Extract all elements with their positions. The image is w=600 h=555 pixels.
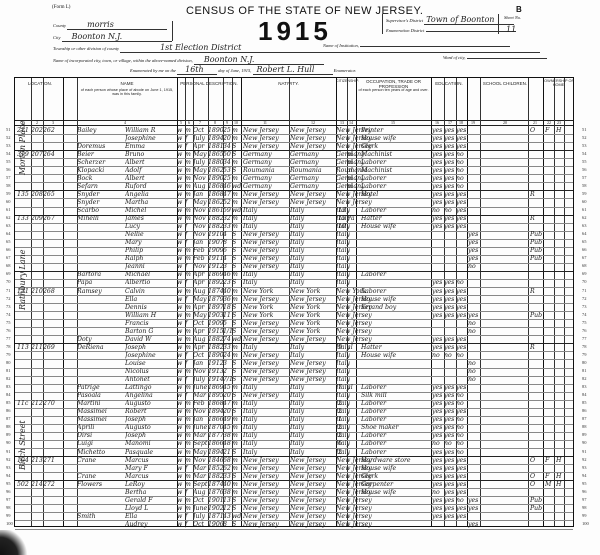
cell-given: Audrey: [125, 520, 177, 529]
cell-surname: Minelli: [77, 214, 125, 223]
column-number: 12: [309, 120, 317, 125]
cell-surname: Bailey: [77, 126, 125, 135]
cell-occupation: Laborer: [361, 270, 431, 279]
line-number: 75: [582, 320, 587, 325]
county-field: County morris: [53, 20, 167, 30]
cell-own1: Pub: [530, 504, 544, 513]
line-number: 67: [6, 255, 11, 260]
column-number: 17: [446, 120, 454, 125]
margin-note-street-3: Birch Street: [18, 420, 27, 470]
cell-dwell: 208: [31, 190, 43, 199]
line-number: 77: [582, 336, 587, 341]
line-number: 56: [6, 167, 11, 172]
column-number: 3: [49, 120, 57, 125]
enumerated-day: 16th: [177, 65, 217, 75]
line-number: 58: [6, 183, 11, 188]
line-number: 86: [582, 408, 587, 413]
line-number: 62: [582, 215, 587, 220]
enumeration-label: Enumeration District: [386, 28, 424, 33]
cell-ed3: yes: [456, 512, 467, 521]
column-divider: [241, 78, 242, 526]
header-school: SCHOOL CHILDREN.: [467, 82, 543, 87]
line-number: 78: [6, 344, 11, 349]
bracket-divider: [172, 21, 173, 41]
sheet-label: Sheet No.: [504, 15, 521, 20]
line-number: 53: [582, 143, 587, 148]
line-number: 100: [6, 521, 13, 526]
column-number: 20: [501, 120, 509, 125]
column-number: 11: [261, 120, 269, 125]
sheet-field: Sheet No.: [504, 15, 521, 20]
enumeration-field: Enumeration District: [386, 28, 516, 33]
column-number: 22: [545, 120, 553, 125]
line-number: 73: [582, 304, 587, 309]
line-number: 80: [6, 360, 11, 365]
cell-own3: H: [556, 456, 568, 465]
line-number: 57: [582, 175, 587, 180]
line-number: 67: [582, 255, 587, 260]
column-number: 14: [347, 120, 355, 125]
margin-note-street-2: Rathbury Lane: [18, 250, 27, 310]
cell-surname: Ramsey: [77, 287, 125, 296]
institution-field: Name of Institution,: [323, 43, 510, 48]
line-number: 94: [6, 473, 11, 478]
line-number: 62: [6, 215, 11, 220]
line-number: 96: [582, 489, 587, 494]
column-divider: [63, 78, 64, 526]
line-number: 54: [6, 151, 11, 156]
enumerated-label: Enumerated by me on the: [130, 68, 176, 73]
line-number: 51: [6, 127, 11, 132]
cell-dwell: 211: [31, 343, 43, 352]
cell-year: 1906: [208, 520, 223, 529]
line-number: 77: [6, 336, 11, 341]
line-number: 99: [582, 513, 587, 518]
cell-sex: f: [185, 520, 193, 529]
cell-surname: Crane: [77, 456, 125, 465]
city-label: City: [53, 35, 61, 40]
cell-house: 133: [17, 214, 31, 223]
cell-house: 11c: [17, 399, 31, 408]
line-number: 76: [582, 328, 587, 333]
line-number: 71: [6, 288, 11, 293]
cell-ed3: yes: [456, 222, 467, 231]
cell-own2: F: [545, 456, 555, 465]
line-number: 72: [6, 296, 11, 301]
incorporated-value: Boonton N.J.: [194, 55, 324, 65]
column-number: 19: [469, 120, 477, 125]
cell-status: S: [232, 520, 241, 529]
line-number: 52: [6, 135, 11, 140]
line-number: 63: [6, 223, 11, 228]
ward-value: [467, 58, 547, 59]
census-page: (Form L) CENSUS OF THE STATE OF NEW JERS…: [0, 0, 600, 555]
line-number: 69: [6, 271, 11, 276]
line-number: 85: [6, 400, 11, 405]
cell-fam: 265: [43, 190, 63, 199]
line-number: 79: [582, 352, 587, 357]
line-number: 97: [582, 497, 587, 502]
cell-surname: Flowers: [77, 480, 125, 489]
column-number: 5: [177, 120, 185, 125]
line-number: 61: [6, 207, 11, 212]
cell-ed1: no: [432, 351, 444, 360]
enumerated-field: Enumerated by me on the 16th day of June…: [130, 65, 356, 75]
institution-value: [360, 46, 510, 47]
line-number: 96: [6, 489, 11, 494]
cell-dwell: 210: [31, 287, 43, 296]
cell-birth: New Jersey: [243, 520, 289, 529]
line-number: 55: [6, 159, 11, 164]
column-number: 7: [196, 120, 204, 125]
county-value: morris: [67, 20, 167, 30]
header-ownership: OWNERSHIP OF HOME.: [543, 79, 575, 87]
line-number: 79: [6, 352, 11, 357]
line-number: 59: [6, 191, 11, 196]
cell-ed2: no: [444, 351, 456, 360]
cell-own2: M: [545, 480, 555, 489]
cell-school: no: [468, 375, 480, 384]
cell-own1: O: [530, 456, 544, 465]
bracket-divider-right: [382, 14, 383, 34]
cell-own1: R: [530, 343, 544, 352]
line-number: 74: [6, 312, 11, 317]
cell-own1: R: [530, 287, 544, 296]
line-number: 93: [6, 465, 11, 470]
enumerator-label: Enumerator.: [334, 68, 356, 73]
cell-house: 502: [17, 480, 31, 489]
line-number: 75: [6, 320, 11, 325]
cell-fam: 268: [43, 287, 63, 296]
cell-own3: H: [556, 480, 568, 489]
cell-ed2: yes: [444, 311, 456, 320]
column-number: 9: [223, 120, 231, 125]
cell-age: 8: [223, 520, 232, 529]
header-name: NAME: [77, 82, 177, 87]
sheet-value: 11: [506, 25, 516, 34]
line-number: 100: [582, 521, 589, 526]
column-number: 2: [33, 120, 41, 125]
incorporated-field: Name of incorporated city, town, or vill…: [53, 55, 324, 65]
city-value: Boonton N.J.: [62, 32, 172, 42]
cell-own1: O: [530, 126, 544, 135]
line-number: 53: [6, 143, 11, 148]
line-number: 64: [6, 231, 11, 236]
incorporated-label: Name of incorporated city, town, or vill…: [53, 58, 193, 63]
cell-dwell: 213: [31, 456, 43, 465]
header-citizenship: CITIZENSHIP.: [336, 80, 356, 84]
line-number: 57: [6, 175, 11, 180]
line-number: 81: [6, 368, 11, 373]
line-number: 89: [582, 432, 587, 437]
line-number: 85: [582, 400, 587, 405]
line-number: 59: [582, 191, 587, 196]
line-number: 72: [582, 296, 587, 301]
line-number: 55: [582, 159, 587, 164]
line-number: 80: [582, 360, 587, 365]
cell-school: yes: [468, 520, 480, 529]
supervisor-value: Town of Boonton: [424, 15, 514, 25]
cell-ed1: yes: [432, 222, 444, 231]
cell-fam: 262: [43, 126, 63, 135]
sheet-letter: B: [516, 5, 522, 14]
column-number: 8: [211, 120, 219, 125]
line-number: 95: [582, 481, 587, 486]
line-number: 52: [582, 135, 587, 140]
cell-month: Oct: [193, 520, 208, 529]
cell-dwell: 207: [31, 150, 43, 159]
line-number: 69: [582, 271, 587, 276]
column-number: 4: [121, 120, 129, 125]
line-number: 66: [6, 247, 11, 252]
cell-fam: 267: [43, 214, 63, 223]
margin-note-street-1: Morton Place: [18, 121, 27, 175]
line-number: 88: [6, 424, 11, 429]
column-number: 6: [185, 120, 193, 125]
line-number: 68: [582, 263, 587, 268]
cell-ed2: yes: [444, 222, 456, 231]
column-number: 18: [457, 120, 465, 125]
line-number: 51: [582, 127, 587, 132]
form-number: (Form L): [52, 5, 70, 10]
cell-race: w: [177, 520, 185, 529]
cell-ed2: yes: [444, 512, 456, 521]
cell-house: 135: [17, 190, 31, 199]
line-number: 83: [582, 384, 587, 389]
line-number: 65: [6, 239, 11, 244]
township-label: Township or other division of county: [53, 46, 119, 51]
cell-school: no: [468, 262, 480, 271]
line-number: 63: [582, 223, 587, 228]
cell-surname: Smith: [77, 512, 125, 521]
institution-label: Name of Institution,: [323, 43, 359, 48]
cell-fam: 271: [43, 456, 63, 465]
line-number: 82: [582, 376, 587, 381]
cell-ed1: yes: [432, 311, 444, 320]
cell-own1: R: [530, 214, 544, 223]
cell-fam: 264: [43, 150, 63, 159]
cell-own1: O: [530, 480, 544, 489]
line-number: 82: [6, 376, 11, 381]
line-number: 87: [6, 416, 11, 421]
census-table: LOCATION. NAME of each person whose plac…: [14, 77, 574, 527]
line-number: 61: [582, 207, 587, 212]
line-number: 56: [582, 167, 587, 172]
line-number: 70: [582, 279, 587, 284]
supervisor-label: Supervisor's District: [386, 18, 423, 23]
column-number: 21: [531, 120, 539, 125]
line-number: 87: [582, 416, 587, 421]
cell-ed1: yes: [432, 512, 444, 521]
cell-mother: New Jersey: [336, 520, 372, 529]
line-number: 88: [582, 424, 587, 429]
column-number: 15: [389, 120, 397, 125]
cell-house: 113: [17, 343, 31, 352]
cell-school: no: [468, 327, 480, 336]
cell-school: yes: [468, 504, 480, 513]
header-name-note: of each person whose place of abode on J…: [77, 88, 177, 96]
line-number: 68: [6, 263, 11, 268]
header-rule: [15, 120, 573, 121]
line-number: 90: [6, 440, 11, 445]
column-divider: [467, 78, 468, 526]
column-number: 23: [555, 120, 563, 125]
cell-own2: F: [545, 126, 555, 135]
bracket-divider-sheet: [498, 14, 499, 34]
cell-father: New Jersey: [290, 520, 336, 529]
cell-own1: Pub: [530, 254, 544, 263]
cell-occupation: House wife: [361, 222, 431, 231]
line-number: 70: [6, 279, 11, 284]
enumeration-value: [426, 31, 516, 32]
line-number: 54: [582, 151, 587, 156]
cell-own1: R: [530, 190, 544, 199]
line-number: 65: [582, 239, 587, 244]
line-number: 91: [582, 449, 587, 454]
cell-own3: H: [556, 126, 568, 135]
line-number: 94: [582, 473, 587, 478]
column-number: 16: [433, 120, 441, 125]
line-number: 84: [6, 392, 11, 397]
line-number: 60: [6, 199, 11, 204]
ink-blot: [0, 530, 30, 555]
column-divider: [528, 78, 529, 526]
line-number: 89: [6, 432, 11, 437]
cell-own1: Pub: [530, 311, 544, 320]
header-education: EDUCATION.: [431, 82, 467, 87]
line-number: 95: [6, 481, 11, 486]
line-number: 78: [582, 344, 587, 349]
enumerated-suffix: day of June, 1915,: [218, 68, 251, 73]
cell-surname: DeRiena: [77, 343, 125, 352]
line-number: 64: [582, 231, 587, 236]
line-number: 86: [6, 408, 11, 413]
line-number: 98: [6, 505, 11, 510]
line-number: 74: [582, 312, 587, 317]
cell-occupation: House wife: [361, 351, 431, 360]
column-number: 10: [232, 120, 240, 125]
line-number: 92: [6, 457, 11, 462]
cell-fam: 269: [43, 343, 63, 352]
line-number: 92: [582, 457, 587, 462]
column-divider: [480, 78, 481, 526]
enumerator-value: Robert L. Hull: [253, 65, 333, 75]
header-occupation-note: of each person ten years of age and over…: [356, 88, 431, 92]
line-number: 91: [6, 449, 11, 454]
line-number: 84: [582, 392, 587, 397]
line-number: 90: [582, 440, 587, 445]
cell-dwell: 202: [31, 126, 43, 135]
cell-dwell: 209: [31, 214, 43, 223]
column-number: 13: [338, 120, 346, 125]
cell-ed3: no: [456, 351, 467, 360]
line-number: 99: [6, 513, 11, 518]
city-field: City Boonton N.J.: [53, 32, 172, 42]
line-number: 76: [6, 328, 11, 333]
line-number: 97: [6, 497, 11, 502]
line-number: 83: [6, 384, 11, 389]
cell-fam: 272: [43, 480, 63, 489]
line-number: 58: [582, 183, 587, 188]
line-number: 81: [582, 368, 587, 373]
cell-dwell: 214: [31, 480, 43, 489]
line-number: 98: [582, 505, 587, 510]
ward-field: Ward of city,: [443, 55, 547, 60]
cell-ed3: yes: [456, 311, 467, 320]
line-number: 73: [6, 304, 11, 309]
line-number: 93: [582, 465, 587, 470]
cell-fam: 270: [43, 399, 63, 408]
line-number: 66: [582, 247, 587, 252]
cell-dwell: 212: [31, 399, 43, 408]
header-location: LOCATION.: [17, 82, 63, 87]
supervisor-field: Supervisor's District Town of Boonton: [386, 15, 514, 25]
line-number: 71: [582, 288, 587, 293]
line-number: 60: [582, 199, 587, 204]
ward-label: Ward of city,: [443, 55, 466, 60]
county-label: County: [53, 23, 66, 28]
